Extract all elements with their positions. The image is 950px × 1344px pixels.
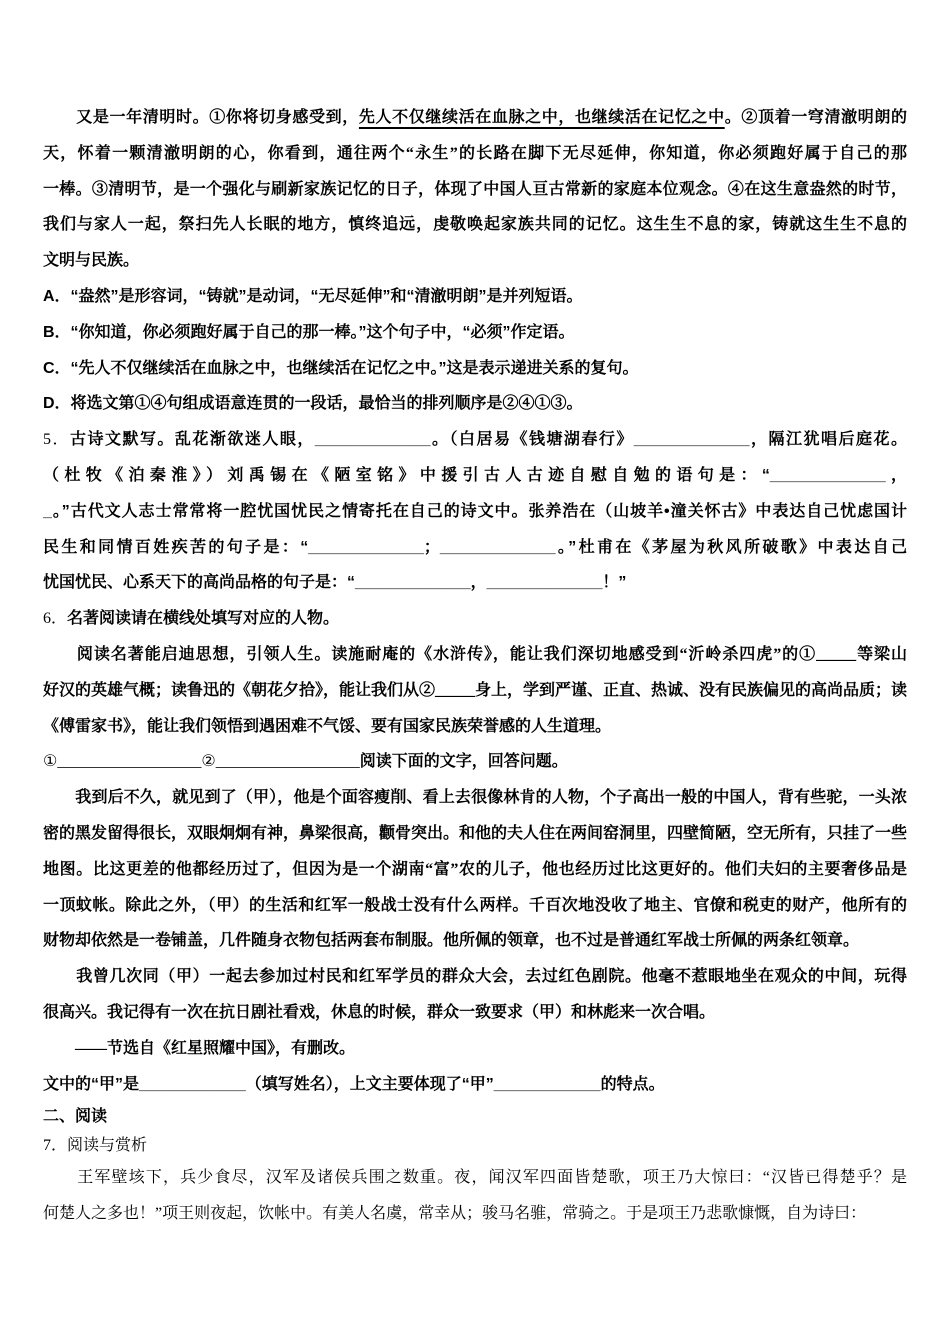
text-segment: 7． bbox=[43, 1137, 67, 1154]
text-segment: 阅读名著能启迪思想，引领人生。读施耐庵的《水浒传》，能让我们深切地感受到“沂岭杀… bbox=[43, 646, 907, 663]
text-line: 忧国忧民、心系天下的高尚品格的句子是：“_____________，______… bbox=[43, 565, 907, 601]
text-line: D．将选文第①④句组成语意连贯的一段话，最恰当的排列顺序是②④①③。 bbox=[43, 386, 907, 422]
text-segment: 王军壁垓下，兵少食尽，汉军及诸侯兵围之数重。夜，闻汉军四面皆楚歌，项王乃大惊曰：… bbox=[43, 1169, 907, 1186]
text-segment: B．“你知道，你必须跑好属于自己的那一棒。”这个句子中，“必须”作定语。 bbox=[43, 324, 575, 341]
text-segment: 一顶蚊帐。除此之外，（甲）的生活和红军一般战士没有什么两样。千百次地没收了地主、… bbox=[43, 897, 907, 914]
q4-options: A．“盎然”是形容词，“铸就”是动词，“无尽延伸”和“清澈明朗”是并列短语。B．… bbox=[43, 279, 907, 422]
text-line: 王军壁垓下，兵少食尽，汉军及诸侯兵围之数重。夜，闻汉军四面皆楚歌，项王乃大惊曰：… bbox=[43, 1160, 907, 1196]
text-segment: 财物却依然是一卷铺盖，几件随身衣物包括两套布制服。他所佩的领章，也不过是普通红军… bbox=[43, 932, 859, 949]
text-segment: 密的黑发留得很长，双眼炯炯有神，鼻梁很高，颧骨突出。和他的夫人住在两间窑洞里，四… bbox=[43, 825, 907, 842]
text-line: 5．古诗文默写。乱花渐欲迷人眼，_____________。（白居易《钱塘湖春行… bbox=[43, 422, 907, 458]
text-segment: 我曾几次同（甲）一起去参加过村民和红军学员的群众大会，去过红色剧院。他毫不惹眼地… bbox=[43, 968, 907, 985]
text-segment: 我们与家人一起，祭扫先人长眠的地方，慎终追远，虔敬唤起家族共同的记忆。这生生不息… bbox=[43, 216, 907, 233]
text-line: 6．名著阅读请在横线处填写对应的人物。 bbox=[43, 601, 907, 637]
text-line: 民生和同情百姓疾苦的句子是：“_____________；___________… bbox=[43, 530, 907, 566]
text-line: 何楚人之多也！”项王则夜起，饮帐中。有美人名虞，常幸从；骏马名骓，常骑之。于是项… bbox=[43, 1196, 907, 1232]
text-line: A．“盎然”是形容词，“铸就”是动词，“无尽延伸”和“清澈明朗”是并列短语。 bbox=[43, 279, 907, 315]
text-segment: ①__________________ bbox=[43, 753, 201, 770]
text-segment: 文中的“甲”是____________（填写姓名），上文主要体现了“甲”____… bbox=[43, 1076, 665, 1093]
text-line: C．“先人不仅继续活在血脉之中，也继续活在记忆之中。”这是表示递进关系的复句。 bbox=[43, 351, 907, 387]
text-segment: 忧国忧民、心系天下的高尚品格的句子是：“_____________，______… bbox=[43, 574, 626, 591]
text-segment: 我到后不久，就见到了（甲），他是个面容瘦削、看上去很像林肯的人物，个子高出一般的… bbox=[43, 789, 907, 806]
q6-intro-passage: 阅读名著能启迪思想，引领人生。读施耐庵的《水浒传》，能让我们深切地感受到“沂岭杀… bbox=[43, 637, 907, 744]
q7-classical-passage: 王军壁垓下，兵少食尽，汉军及诸侯兵围之数重。夜，闻汉军四面皆楚歌，项王乃大惊曰：… bbox=[43, 1160, 907, 1232]
exam-page: 又是一年清明时。①你将切身感受到，先人不仅继续活在血脉之中，也继续活在记忆之中。… bbox=[0, 0, 950, 1344]
text-segment: （杜牧《泊秦淮》）刘禹锡在《陋室铭》中援引古人古迹自慰自勉的语句是：“_____… bbox=[43, 467, 907, 494]
q4-passage: 又是一年清明时。①你将切身感受到，先人不仅继续活在血脉之中，也继续活在记忆之中。… bbox=[43, 100, 907, 279]
text-segment: 何楚人之多也！”项王则夜起，饮帐中。有美人名虞，常幸从；骏马名骓，常骑之。于是项… bbox=[43, 1205, 866, 1222]
q5-dictation: 5．古诗文默写。乱花渐欲迷人眼，_____________。（白居易《钱塘湖春行… bbox=[43, 422, 907, 601]
text-segment: 6． bbox=[43, 610, 67, 627]
text-line: 一顶蚊帐。除此之外，（甲）的生活和红军一般战士没有什么两样。千百次地没收了地主、… bbox=[43, 888, 907, 924]
underlined-text: 先人不仅继续活在血脉之中，也继续活在记忆之中 bbox=[359, 109, 725, 126]
text-segment: 阅读下面的文字，回答问题。 bbox=[360, 753, 568, 770]
text-line: 很高兴。我记得有一次在抗日剧社看戏，休息的时候，群众一致要求（甲）和林彪来一次合… bbox=[43, 995, 907, 1031]
text-line: 文中的“甲”是____________（填写姓名），上文主要体现了“甲”____… bbox=[43, 1067, 907, 1103]
text-line: 又是一年清明时。①你将切身感受到，先人不仅继续活在血脉之中，也继续活在记忆之中。… bbox=[43, 100, 907, 136]
text-line: 财物却依然是一卷铺盖，几件随身衣物包括两套布制服。他所佩的领章，也不过是普通红军… bbox=[43, 923, 907, 959]
q6-fill-question: 文中的“甲”是____________（填写姓名），上文主要体现了“甲”____… bbox=[43, 1067, 907, 1103]
q6-answer-blanks: ①__________________②__________________阅读… bbox=[43, 744, 907, 780]
text-line: _。”古代文人志士常常将一腔忧国忧民之情寄托在自己的诗文中。张养浩在（山坡羊•潼… bbox=[43, 494, 907, 530]
text-line: 我到后不久，就见到了（甲），他是个面容瘦削、看上去很像林肯的人物，个子高出一般的… bbox=[43, 780, 907, 816]
q7-header: 7．阅读与赏析 bbox=[43, 1131, 907, 1160]
text-segment: 民生和同情百姓疾苦的句子是：“_____________；___________… bbox=[43, 539, 907, 556]
text-line: 文明与民族。 bbox=[43, 243, 907, 279]
text-line: 我们与家人一起，祭扫先人长眠的地方，慎终追远，虔敬唤起家族共同的记忆。这生生不息… bbox=[43, 207, 907, 243]
text-line: ①__________________②__________________阅读… bbox=[43, 744, 907, 780]
text-segment: _。”古代文人志士常常将一腔忧国忧民之情寄托在自己的诗文中。张养浩在（山坡羊•潼… bbox=[43, 503, 907, 520]
text-line: 好汉的英雄气概；读鲁迅的《朝花夕拾》，能让我们从②_____身上，学到严谨、正直… bbox=[43, 673, 907, 709]
text-segment: 很高兴。我记得有一次在抗日剧社看戏，休息的时候，群众一致要求（甲）和林彪来一次合… bbox=[43, 1004, 715, 1021]
text-segment: C．“先人不仅继续活在血脉之中，也继续活在记忆之中。”这是表示递进关系的复句。 bbox=[43, 360, 639, 377]
text-segment: 好汉的英雄气概；读鲁迅的《朝花夕拾》，能让我们从②_____身上，学到严谨、正直… bbox=[43, 682, 907, 699]
text-segment: 5． bbox=[43, 431, 70, 448]
text-line: 阅读名著能启迪思想，引领人生。读施耐庵的《水浒传》，能让我们深切地感受到“沂岭杀… bbox=[43, 637, 907, 673]
text-line: 我曾几次同（甲）一起去参加过村民和红军学员的群众大会，去过红色剧院。他毫不惹眼地… bbox=[43, 959, 907, 995]
text-segment: A．“盎然”是形容词，“铸就”是动词，“无尽延伸”和“清澈明朗”是并列短语。 bbox=[43, 288, 583, 305]
section-2-heading: 二、阅读 bbox=[43, 1102, 907, 1131]
text-segment: 阅读与赏析 bbox=[67, 1137, 147, 1154]
text-line: 密的黑发留得很长，双眼炯炯有神，鼻梁很高，颧骨突出。和他的夫人住在两间窑洞里，四… bbox=[43, 816, 907, 852]
text-line: 7．阅读与赏析 bbox=[43, 1131, 907, 1160]
text-line: 地图。比这更差的他都经历过了，但因为是一个湖南“富”农的儿子，他也经历过比这更好… bbox=[43, 852, 907, 888]
text-segment: 文明与民族。 bbox=[43, 252, 139, 269]
text-segment: ②__________________ bbox=[201, 753, 359, 770]
text-segment: 一棒。③清明节，是一个强化与刷新家族记忆的日子，体现了中国人亘古常新的家庭本位观… bbox=[43, 181, 907, 198]
text-line: B．“你知道，你必须跑好属于自己的那一棒。”这个句子中，“必须”作定语。 bbox=[43, 315, 907, 351]
q6-header: 6．名著阅读请在横线处填写对应的人物。 bbox=[43, 601, 907, 637]
text-segment: 《傅雷家书》，能让我们领悟到遇困难不气馁、要有国家民族荣誉感的人生道理。 bbox=[43, 718, 611, 735]
text-segment: ——节选自《红星照耀中国》，有删改。 bbox=[43, 1040, 355, 1057]
text-segment: 二、阅读 bbox=[43, 1108, 107, 1125]
text-line: 二、阅读 bbox=[43, 1102, 907, 1131]
text-segment: 古诗文默写。乱花渐欲迷人眼，_____________。（白居易《钱塘湖春行》_… bbox=[70, 431, 907, 448]
text-segment: D．将选文第①④句组成语意连贯的一段话，最恰当的排列顺序是②④①③。 bbox=[43, 395, 583, 412]
text-segment: 。②顶着一穹清澈明朗的 bbox=[725, 109, 907, 126]
text-line: 天，怀着一颗清澈明朗的心，你看到，通往两个“永生”的长路在脚下无尽延伸，你知道，… bbox=[43, 136, 907, 172]
text-line: 《傅雷家书》，能让我们领悟到遇困难不气馁、要有国家民族荣誉感的人生道理。 bbox=[43, 709, 907, 745]
text-line: ——节选自《红星照耀中国》，有删改。 bbox=[43, 1031, 907, 1067]
text-segment: 名著阅读请在横线处填写对应的人物。 bbox=[67, 610, 339, 627]
text-line: （杜牧《泊秦淮》）刘禹锡在《陋室铭》中援引古人古迹自慰自勉的语句是：“_____… bbox=[43, 458, 907, 494]
q6-red-star-passage: 我到后不久，就见到了（甲），他是个面容瘦削、看上去很像林肯的人物，个子高出一般的… bbox=[43, 780, 907, 1066]
text-segment: 天，怀着一颗清澈明朗的心，你看到，通往两个“永生”的长路在脚下无尽延伸，你知道，… bbox=[43, 145, 907, 162]
text-segment: 又是一年清明时。①你将切身感受到， bbox=[43, 109, 359, 126]
text-segment: 地图。比这更差的他都经历过了，但因为是一个湖南“富”农的儿子，他也经历过比这更好… bbox=[43, 861, 907, 878]
text-line: 一棒。③清明节，是一个强化与刷新家族记忆的日子，体现了中国人亘古常新的家庭本位观… bbox=[43, 172, 907, 208]
